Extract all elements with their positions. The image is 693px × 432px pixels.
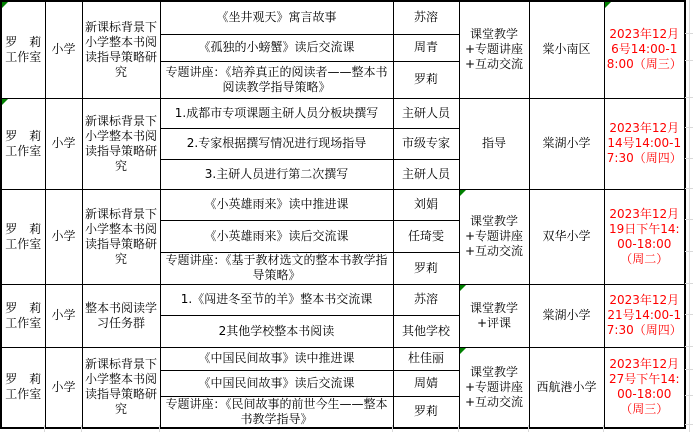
cell-presenter[interactable]: 其他学校 bbox=[393, 315, 459, 347]
studio-name-line: 罗 莉 bbox=[4, 372, 43, 387]
faint-gridline bbox=[159, 425, 160, 432]
studio-name-line: 罗 莉 bbox=[4, 301, 43, 316]
cell-datetime[interactable]: 2023年12月21号14:00-17:30（周四） bbox=[604, 284, 685, 347]
cell-activity[interactable]: 专题讲座：《基于教材选文的整本书教学指导策略》 bbox=[160, 252, 393, 284]
faint-gridline bbox=[685, 283, 693, 284]
cell-studio[interactable]: 罗 莉工作室 bbox=[1, 98, 45, 189]
studio-name-line: 工作室 bbox=[4, 387, 43, 402]
cell-research-theme[interactable]: 新课标背景下小学整本书阅读指导策略研究 bbox=[82, 1, 160, 98]
cell-activity[interactable]: 专题讲座：《培养真正的阅读者——整本书阅读教学指导策略》 bbox=[160, 61, 393, 98]
datetime-text: 2023年12月19日下午14:00-18:00（周二） bbox=[607, 207, 683, 267]
cell-activity[interactable]: 《坐井观天》寓言故事 bbox=[160, 1, 393, 34]
error-indicator-icon bbox=[460, 285, 466, 291]
faint-gridline bbox=[458, 425, 459, 432]
faint-gridline bbox=[685, 97, 693, 98]
cell-location[interactable]: 棠湖小学 bbox=[529, 284, 604, 347]
datetime-text: 2023年12月27号下午14:00-18:00（周三） bbox=[607, 357, 683, 417]
faint-gridline bbox=[685, 314, 693, 315]
cell-presenter[interactable]: 主研人员 bbox=[393, 98, 459, 128]
cell-location[interactable]: 西航港小学 bbox=[529, 347, 604, 428]
cell-activity[interactable]: 1.《闯进冬至节的羊》整本书交流课 bbox=[160, 284, 393, 315]
error-indicator-icon bbox=[460, 348, 466, 354]
cell-presenter[interactable]: 刘娟 bbox=[393, 189, 459, 220]
faint-gridline bbox=[44, 425, 45, 432]
studio-name-line: 工作室 bbox=[4, 316, 43, 331]
cell-research-theme[interactable]: 新课标背景下小学整本书阅读指导策略研究 bbox=[82, 189, 160, 284]
cell-grade-level[interactable]: 小学 bbox=[45, 347, 82, 428]
cell-presenter[interactable]: 周青 bbox=[393, 34, 459, 61]
cell-datetime[interactable]: 2023年12月19日下午14:00-18:00（周二） bbox=[604, 189, 685, 284]
table-row: 罗 莉工作室小学新课标背景下小学整本书阅读指导策略研究1.成都市专项课题主研人员… bbox=[1, 98, 685, 128]
cell-activity[interactable]: 2其他学校整本书阅读 bbox=[160, 315, 393, 347]
cell-datetime[interactable]: 2023年12月27号下午14:00-18:00（周三） bbox=[604, 347, 685, 428]
cell-activity[interactable]: 《中国民间故事》读后交流课 bbox=[160, 370, 393, 396]
cell-studio[interactable]: 罗 莉工作室 bbox=[1, 1, 45, 98]
cell-location[interactable]: 棠湖小学 bbox=[529, 98, 604, 189]
cell-presenter[interactable]: 苏溶 bbox=[393, 1, 459, 34]
faint-gridline bbox=[685, 424, 693, 425]
cell-activity[interactable]: 专题讲座：《民间故事的前世今生——整本书教学指导》 bbox=[160, 396, 393, 428]
studio-name-line: 罗 莉 bbox=[4, 222, 43, 237]
activity-type-text: 课堂教学+专题讲座+互动交流 bbox=[462, 27, 527, 72]
faint-gridline bbox=[689, 0, 690, 432]
studio-name-line: 工作室 bbox=[4, 144, 43, 159]
cell-activity[interactable]: 2.专家根据撰写情况进行现场指导 bbox=[160, 128, 393, 159]
cell-research-theme[interactable]: 新课标背景下小学整本书阅读指导策略研究 bbox=[82, 98, 160, 189]
table-row: 罗 莉工作室小学整本书阅读学习任务群1.《闯进冬至节的羊》整本书交流课苏溶课堂教… bbox=[1, 284, 685, 315]
cell-presenter[interactable]: 罗莉 bbox=[393, 396, 459, 428]
table-row: 罗 莉工作室小学新课标背景下小学整本书阅读指导策略研究《中国民间故事》读中推进课… bbox=[1, 347, 685, 370]
studio-name-line: 罗 莉 bbox=[4, 35, 43, 50]
faint-gridline bbox=[685, 219, 693, 220]
faint-gridline bbox=[685, 251, 693, 252]
cell-presenter[interactable]: 罗莉 bbox=[393, 252, 459, 284]
cell-activity[interactable]: 《孤独的小螃蟹》读后交流课 bbox=[160, 34, 393, 61]
cell-activity-type[interactable]: 课堂教学+专题讲座+互动交流 bbox=[459, 1, 529, 98]
cell-presenter[interactable]: 主研人员 bbox=[393, 159, 459, 189]
cell-grade-level[interactable]: 小学 bbox=[45, 1, 82, 98]
activity-type-text: 指导 bbox=[462, 136, 527, 151]
faint-gridline bbox=[685, 395, 693, 396]
cell-activity[interactable]: 《小英雄雨来》读中推进课 bbox=[160, 189, 393, 220]
cell-research-theme[interactable]: 新课标背景下小学整本书阅读指导策略研究 bbox=[82, 347, 160, 428]
cell-datetime[interactable]: 2023年12月6号14:00-18:00（周三） bbox=[604, 1, 685, 98]
spreadsheet-view: { "table": { "colors": { "date_text": "#… bbox=[0, 0, 693, 432]
cell-activity-type[interactable]: 指导 bbox=[459, 98, 529, 189]
faint-gridline bbox=[685, 188, 693, 189]
cell-presenter[interactable]: 周婧 bbox=[393, 370, 459, 396]
cell-activity[interactable]: 1.成都市专项课题主研人员分板块撰写 bbox=[160, 98, 393, 128]
cell-grade-level[interactable]: 小学 bbox=[45, 189, 82, 284]
cell-activity[interactable]: 《中国民间故事》读中推进课 bbox=[160, 347, 393, 370]
schedule-table: 罗 莉工作室小学新课标背景下小学整本书阅读指导策略研究《坐井观天》寓言故事苏溶课… bbox=[0, 0, 686, 429]
datetime-text: 2023年12月6号14:00-18:00（周三） bbox=[607, 27, 683, 72]
cell-activity[interactable]: 3.主研人员进行第二次撰写 bbox=[160, 159, 393, 189]
cell-activity-type[interactable]: 课堂教学+专题讲座+互动交流 bbox=[459, 347, 529, 428]
cell-datetime[interactable]: 2023年12月14号14:00-17:30（周四） bbox=[604, 98, 685, 189]
faint-gridline bbox=[685, 33, 693, 34]
faint-gridline bbox=[81, 425, 82, 432]
faint-gridline bbox=[685, 60, 693, 61]
cell-studio[interactable]: 罗 莉工作室 bbox=[1, 347, 45, 428]
faint-gridline bbox=[603, 425, 604, 432]
studio-name-line: 工作室 bbox=[4, 237, 43, 252]
error-indicator-icon bbox=[605, 2, 611, 8]
cell-presenter[interactable]: 罗莉 bbox=[393, 61, 459, 98]
cell-grade-level[interactable]: 小学 bbox=[45, 98, 82, 189]
cell-location[interactable]: 双华小学 bbox=[529, 189, 604, 284]
table-row: 罗 莉工作室小学新课标背景下小学整本书阅读指导策略研究《坐井观天》寓言故事苏溶课… bbox=[1, 1, 685, 34]
cell-activity[interactable]: 《小英雄雨来》读后交流课 bbox=[160, 220, 393, 252]
table-row: 罗 莉工作室小学新课标背景下小学整本书阅读指导策略研究《小英雄雨来》读中推进课刘… bbox=[1, 189, 685, 220]
cell-presenter[interactable]: 苏溶 bbox=[393, 284, 459, 315]
cell-presenter[interactable]: 杜佳丽 bbox=[393, 347, 459, 370]
studio-name-line: 工作室 bbox=[4, 50, 43, 65]
cell-presenter[interactable]: 任琦雯 bbox=[393, 220, 459, 252]
cell-studio[interactable]: 罗 莉工作室 bbox=[1, 189, 45, 284]
error-indicator-icon bbox=[2, 99, 8, 105]
datetime-text: 2023年12月21号14:00-17:30（周四） bbox=[607, 293, 683, 338]
faint-gridline bbox=[685, 369, 693, 370]
activity-type-text: 课堂教学+评课 bbox=[462, 301, 527, 331]
faint-gridline bbox=[685, 346, 693, 347]
faint-gridline bbox=[685, 158, 693, 159]
studio-name-line: 罗 莉 bbox=[4, 129, 43, 144]
activity-type-text: 课堂教学+专题讲座+互动交流 bbox=[462, 214, 527, 259]
activity-type-text: 课堂教学+专题讲座+互动交流 bbox=[462, 365, 527, 410]
cell-location[interactable]: 棠小南区 bbox=[529, 1, 604, 98]
cell-research-theme[interactable]: 整本书阅读学习任务群 bbox=[82, 284, 160, 347]
error-indicator-icon bbox=[460, 190, 466, 196]
cell-activity-type[interactable]: 课堂教学+专题讲座+互动交流 bbox=[459, 189, 529, 284]
cell-grade-level[interactable]: 小学 bbox=[45, 284, 82, 347]
cell-studio[interactable]: 罗 莉工作室 bbox=[1, 284, 45, 347]
error-indicator-icon bbox=[2, 2, 8, 8]
faint-gridline bbox=[392, 425, 393, 432]
faint-gridline bbox=[528, 425, 529, 432]
datetime-text: 2023年12月14号14:00-17:30（周四） bbox=[607, 121, 683, 166]
cell-activity-type[interactable]: 课堂教学+评课 bbox=[459, 284, 529, 347]
faint-gridline bbox=[685, 127, 693, 128]
cell-presenter[interactable]: 市级专家 bbox=[393, 128, 459, 159]
